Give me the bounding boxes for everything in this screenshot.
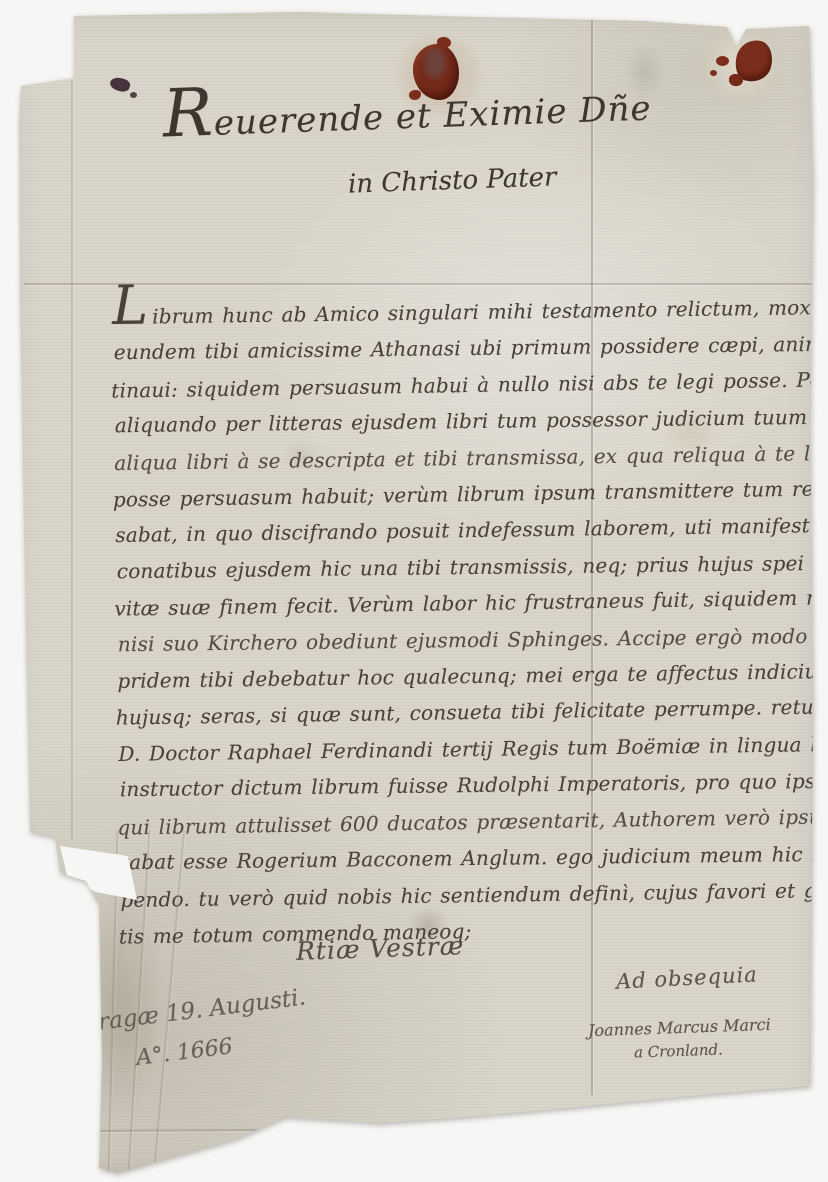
ink-blot-speck [130,92,137,98]
left-fold-crease [71,80,73,840]
wax-seal-left-speck [437,37,451,48]
place-date-line-1: Pragæ 19. Augusti. [81,984,307,1037]
wax-seal-right-speck [710,70,717,76]
wax-seal-right-speck [716,56,729,66]
paper-sheet: Reuerende et Eximie Dñe in Christo Pater… [0,0,828,1182]
signature-origin: a Cronland. [634,1040,723,1061]
place-date-line-2: A°. 1666 [135,1034,234,1071]
horizontal-fold-crease-bottom [100,1126,812,1132]
signature-name: Joannes Marcus Marci [588,1015,771,1040]
ink-blot [108,75,131,94]
wax-seal-left-smudge [424,48,446,78]
wax-seal-right-speck [729,74,743,86]
salutation-line-2: in Christo Pater [348,162,557,199]
paper-shadow-wrap: Reuerende et Eximie Dñe in Christo Pater… [0,0,828,1182]
closing-formula: Ad obsequia [615,962,758,993]
letter-body: Librum hunc ab Amico singulari mihi test… [112,287,821,954]
valediction: Rtiæ Vestræ [296,931,465,966]
salutation-line-1: Reuerende et Eximie Dñe [162,83,652,145]
scanned-letter-page: Reuerende et Eximie Dñe in Christo Pater… [0,0,828,1182]
